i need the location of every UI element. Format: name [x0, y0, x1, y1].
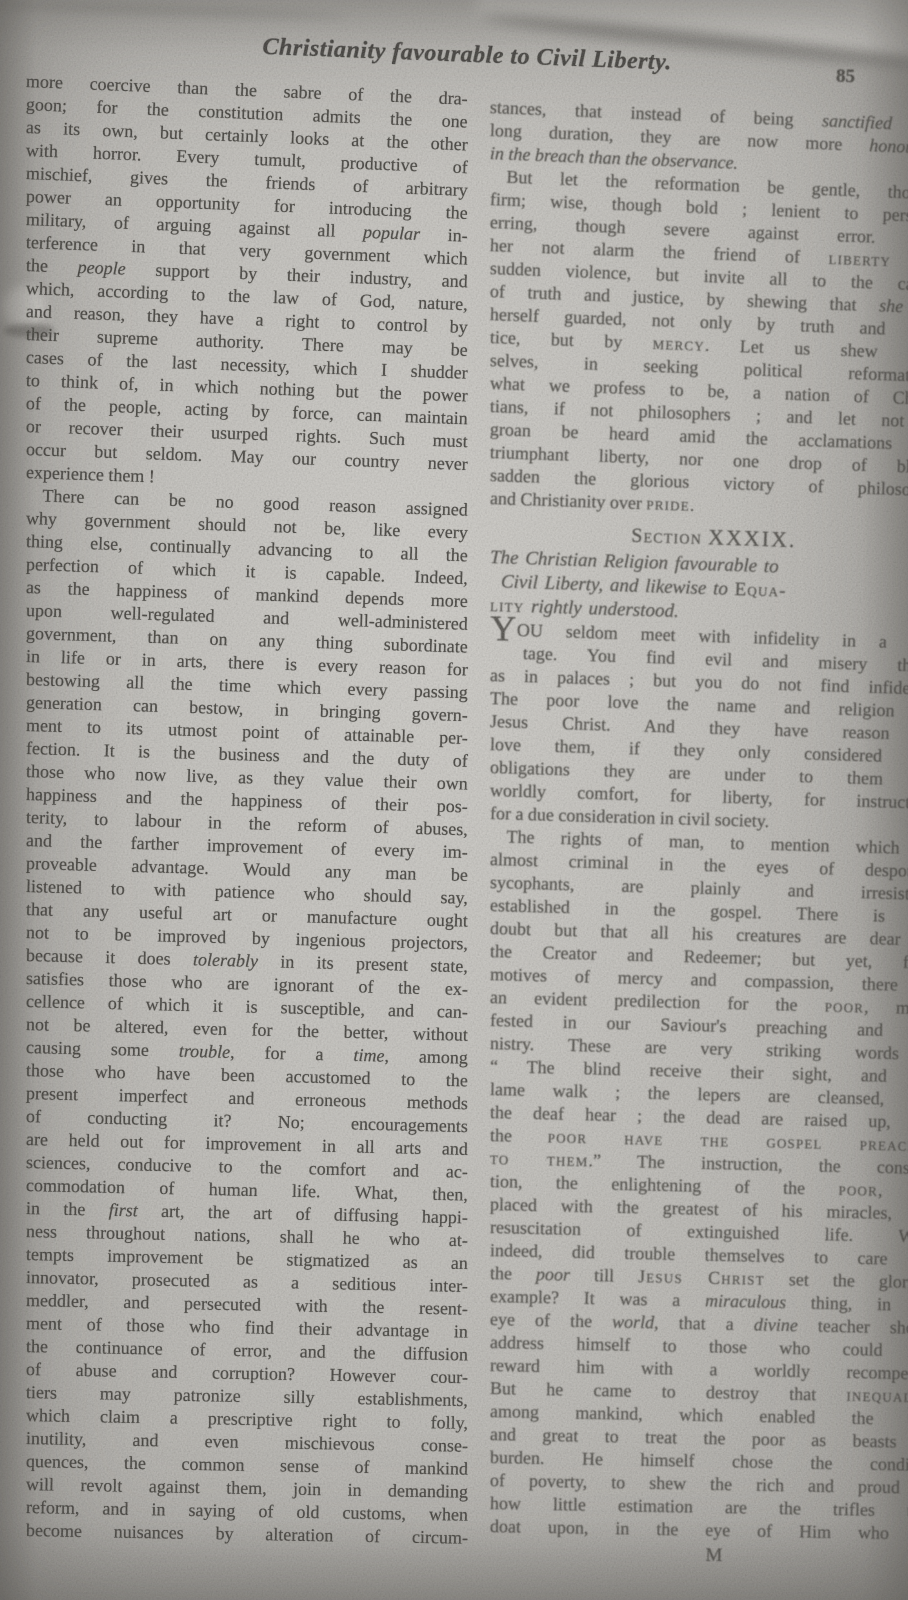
text-segment: to them — [490, 1148, 589, 1170]
text-segment: tolerably — [193, 949, 258, 971]
text-segment: miraculous — [705, 1290, 786, 1312]
paragraph: YOU seldom meet with infidelity in a cot… — [490, 618, 908, 825]
text-segment: honoured — [869, 135, 908, 158]
paragraph: But let the reformation be gentle, thoug… — [490, 165, 908, 510]
text-segment: poor — [838, 1179, 878, 1200]
scanned-book-page: Christianity favourable to Civil Liberty… — [0, 0, 908, 1600]
text-segment: divine — [754, 1314, 798, 1335]
text-segment: people — [77, 257, 126, 279]
top-edge-shadow — [0, 0, 350, 21]
text-segment: inequality — [846, 1385, 908, 1407]
text-segment: Equa- — [734, 579, 787, 602]
text-segment: trouble — [179, 1041, 231, 1062]
text-segment: she is — [879, 295, 908, 317]
paragraph: more coercive than the sabre of the dra-… — [26, 70, 468, 484]
text-segment: poor — [536, 1264, 570, 1285]
text-segment: liberty — [828, 248, 891, 270]
text-segment: Section — [631, 525, 703, 549]
text-segment: first — [108, 1200, 137, 1221]
text-segment: rightly understood. — [531, 596, 679, 622]
section-subtitle: The Christian Religion favourable toCivi… — [490, 546, 908, 618]
text-segment: world — [612, 1311, 654, 1332]
page-number: 85 — [836, 66, 856, 89]
text-segment: mercy — [652, 333, 705, 355]
left-column: more coercive than the sabre of the dra-… — [26, 70, 468, 1542]
text-segment: poor — [824, 996, 864, 1017]
text-segment: pride — [646, 493, 690, 514]
text-line: M — [490, 1540, 908, 1571]
text-segment: sanctified by — [822, 110, 908, 135]
text-segment: Jesus Christ — [638, 1266, 765, 1289]
paragraph: The rights of man, to mention which isal… — [490, 825, 908, 1538]
text-segment: XXXIX. — [708, 524, 797, 552]
paragraph: stances, that instead of being sanctifie… — [490, 96, 908, 165]
text-segment: popular — [363, 222, 421, 244]
right-column: stances, that instead of being sanctifie… — [490, 96, 908, 1563]
paragraph: There can be no good reason assignedwhy … — [26, 484, 468, 1542]
text-segment: time — [353, 1045, 384, 1066]
